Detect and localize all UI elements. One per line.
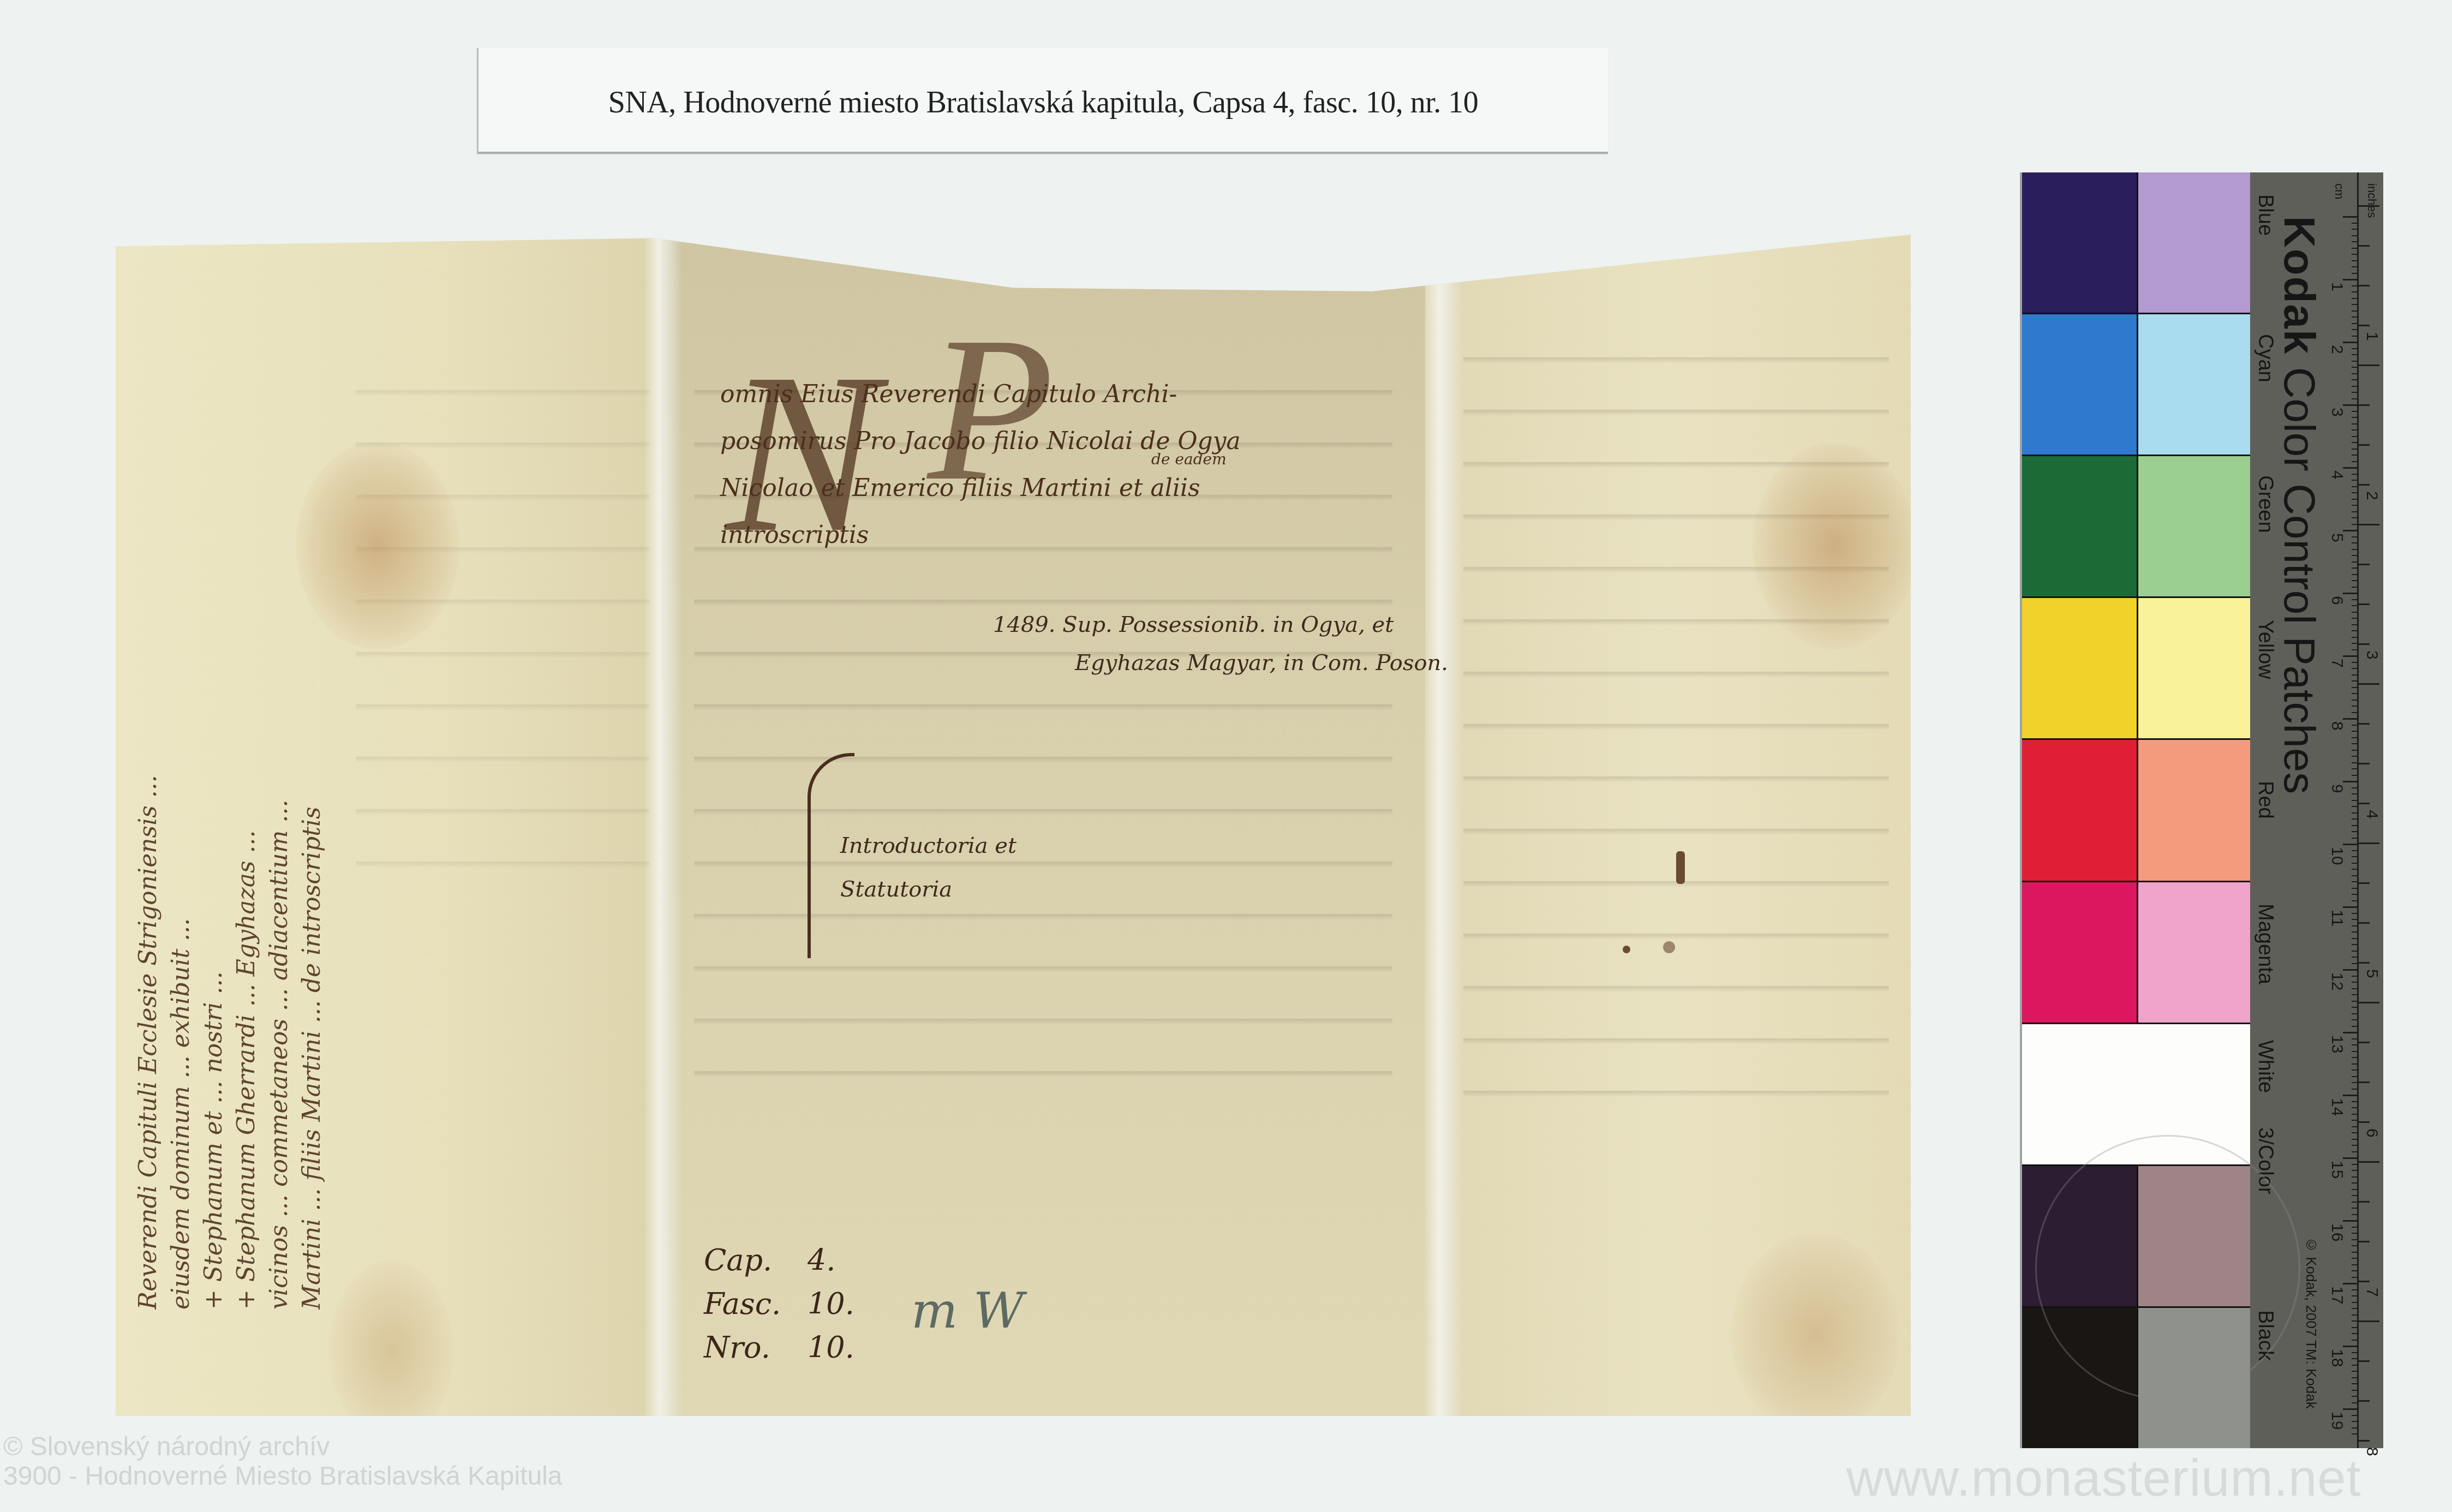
ruler-tick — [2352, 1390, 2358, 1391]
patch-label-black: Black — [2253, 1310, 2277, 1361]
ruler-inch-tick — [2358, 524, 2379, 525]
margin-text-block: Reverendi Capituli Ecclesie Strigoniensi… — [132, 251, 361, 1310]
ruler-tick — [2352, 1195, 2358, 1196]
ruler-tick — [2352, 411, 2358, 412]
fold-crease-left — [644, 235, 682, 1416]
ruler-tick — [2352, 505, 2358, 506]
cm-tick-label: 3 — [2328, 408, 2346, 417]
patch-label-3color: 3/Color — [2253, 1127, 2277, 1194]
ruler-tick — [2352, 260, 2358, 261]
ruler-tick — [2343, 781, 2358, 782]
ruler-inch-tick — [2358, 603, 2370, 605]
ruler-tick — [2352, 1114, 2358, 1115]
ruler-tick — [2352, 900, 2358, 901]
cm-tick-label: 17 — [2328, 1286, 2346, 1304]
ruler-tick — [2352, 273, 2358, 274]
ruler-tick — [2352, 1295, 2358, 1296]
ruler-inch-tick — [2358, 484, 2370, 486]
unit-label-inches: inches — [2365, 183, 2379, 218]
endorsement-line: Introductoria et — [840, 824, 1016, 868]
ruler-tick — [2352, 756, 2358, 757]
ruler-tick — [2352, 875, 2358, 876]
inch-tick-label: 5 — [2363, 969, 2381, 978]
ruler-inch-tick — [2358, 1081, 2370, 1083]
inch-tick-label: 3 — [2363, 650, 2381, 660]
ruler-tick — [2352, 1145, 2358, 1146]
ink-spot — [1676, 851, 1685, 884]
ruler-tick — [2352, 1063, 2358, 1065]
ruler-tick — [2352, 1270, 2358, 1271]
ruler-tick — [2352, 863, 2358, 864]
ruler-tick — [2352, 549, 2358, 550]
interlinear-note: de eadem — [1151, 450, 1227, 468]
ruler-tick — [2352, 1139, 2358, 1140]
ruler-tick — [2352, 951, 2358, 952]
ruler-tick — [2343, 593, 2358, 594]
seal-stain-top-right — [1753, 442, 1911, 649]
ruler-tick — [2352, 1076, 2358, 1077]
ruler-tick — [2352, 1252, 2358, 1253]
ruler-tick — [2352, 731, 2358, 732]
ruler-scale: cm inches 123456789101112131415161718191… — [2327, 172, 2383, 1448]
ruler-tick — [2343, 1220, 2358, 1222]
ruler-tick — [2352, 624, 2358, 625]
ruler-tick — [2352, 680, 2358, 682]
ruler-tick — [2352, 235, 2358, 236]
ruler-tick — [2352, 1069, 2358, 1071]
ruler-tick — [2352, 386, 2358, 387]
ruler-tick — [2352, 486, 2358, 487]
ruler-tick — [2352, 825, 2358, 826]
ruler-tick — [2352, 517, 2358, 518]
ruler-inch-tick — [2358, 962, 2370, 964]
date-note-line: Egyhazas Magyar, in Com. Poson. — [993, 644, 1448, 682]
ruler-tick — [2352, 700, 2358, 701]
date-note-line: 1489. Sup. Possessionib. in Ogya, et — [993, 612, 1394, 637]
margin-text-line: Reverendi Capituli Ecclesie Strigoniensi… — [132, 251, 165, 1310]
ruler-tick — [2352, 812, 2358, 814]
ruler-tick — [2352, 1358, 2358, 1359]
ruler-tick — [2352, 1013, 2358, 1014]
ruler-tick — [2352, 1019, 2358, 1020]
patch-red-dark — [2022, 740, 2137, 880]
ruler-tick — [2352, 1051, 2358, 1052]
ruler-tick — [2352, 637, 2358, 638]
ruler-tick — [2352, 336, 2358, 337]
ruler-tick — [2352, 354, 2358, 355]
ruler-tick — [2352, 612, 2358, 613]
ruler-tick — [2352, 1189, 2358, 1190]
ruler-inch-tick — [2358, 444, 2370, 446]
ruler-tick — [2352, 1396, 2358, 1397]
cm-tick-label: 4 — [2328, 470, 2346, 480]
inch-tick-label: 4 — [2363, 810, 2381, 819]
ruler-tick — [2352, 838, 2358, 839]
ruler-tick — [2343, 1032, 2358, 1033]
ruler-inch-tick — [2358, 803, 2370, 804]
ruler-tick — [2352, 957, 2358, 958]
ruler-tick — [2352, 1227, 2358, 1228]
patch-green-light — [2138, 456, 2253, 596]
shelfmark-value: 4. — [808, 1239, 873, 1282]
cm-tick-label: 13 — [2328, 1035, 2346, 1053]
ruler-tick — [2352, 1383, 2358, 1384]
ruler-inch-tick — [2358, 404, 2370, 406]
ruler-tick — [2352, 455, 2358, 456]
fold-crease-right — [1424, 235, 1462, 1416]
ruler-tick — [2352, 706, 2358, 707]
ruler-tick — [2352, 1007, 2358, 1008]
ruler-tick — [2352, 1182, 2358, 1184]
ruler-inch-tick — [2358, 723, 2370, 725]
ruler-tick — [2352, 1132, 2358, 1133]
ruler-tick — [2343, 844, 2358, 845]
ruler-tick — [2352, 567, 2358, 569]
cm-tick-label: 16 — [2328, 1223, 2346, 1241]
ruler-tick — [2352, 743, 2358, 744]
ruler-tick — [2352, 712, 2358, 713]
pencil-monogram: m W — [911, 1282, 1024, 1340]
ruler-tick — [2352, 1026, 2358, 1027]
endorsement-line: Statutoria — [840, 868, 1016, 911]
margin-text-line: Martini ... filiis Martini ... de intros… — [296, 251, 328, 1310]
ruler-tick — [2352, 775, 2358, 776]
ruler-tick — [2352, 806, 2358, 807]
ruler-tick — [2352, 1044, 2358, 1045]
ruler-center-line — [2357, 172, 2359, 1448]
ruler-tick — [2352, 1277, 2358, 1278]
ruler-inch-tick — [2358, 1360, 2370, 1362]
ruler-tick — [2352, 919, 2358, 920]
inch-tick-label: 7 — [2363, 1288, 2381, 1297]
ruler-tick — [2352, 869, 2358, 870]
patch-label-magenta: Magenta — [2253, 904, 2277, 984]
ruler-tick — [2352, 1038, 2358, 1039]
ruler-tick — [2352, 304, 2358, 305]
ruler-tick — [2352, 316, 2358, 318]
ruler-tick — [2352, 994, 2358, 995]
kodak-title: Kodak Color Control Patches — [2277, 216, 2321, 794]
cm-tick-label: 6 — [2328, 596, 2346, 605]
ruler-tick — [2352, 492, 2358, 493]
archive-reference-label: SNA, Hodnoverné miesto Bratislavská kapi… — [477, 48, 1608, 154]
margin-text-line: vicinos ... commetaneos ... adiacentium … — [263, 251, 296, 1310]
ruler-tick — [2343, 655, 2358, 657]
ruler-inch-tick — [2358, 1241, 2370, 1242]
ruler-tick — [2352, 1264, 2358, 1265]
ruler-tick — [2352, 574, 2358, 575]
ruler-tick — [2352, 988, 2358, 989]
patch-yellow-dark — [2022, 598, 2137, 738]
patch-label-yellow: Yellow — [2253, 620, 2277, 679]
ruler-tick — [2352, 1089, 2358, 1090]
ruler-tick — [2352, 1258, 2358, 1259]
ruler-inch-tick — [2358, 1161, 2379, 1163]
shelfmark-label: Nro. — [704, 1326, 786, 1370]
ruler-tick — [2352, 888, 2358, 889]
inch-tick-label: 6 — [2363, 1128, 2381, 1138]
ink-spot — [1663, 941, 1675, 953]
patch-black-light — [2138, 1308, 2253, 1448]
patch-white — [2022, 1024, 2252, 1164]
ruler-inch-tick — [2358, 882, 2370, 884]
ruler-tick — [2352, 323, 2358, 324]
ruler-tick — [2352, 1333, 2358, 1334]
margin-text-line: + Stephanum Gherrardi ... Egyhazas ... — [230, 251, 263, 1310]
address-line: Nicolao et Emerico filiis Martini et ali… — [720, 465, 1320, 512]
ruler-tick — [2352, 1214, 2358, 1215]
ruler-tick — [2352, 1427, 2358, 1429]
cm-tick-label: 18 — [2328, 1349, 2346, 1367]
ruler-inch-tick — [2358, 1281, 2370, 1282]
ruler-tick — [2352, 693, 2358, 694]
ruler-inch-tick — [2358, 922, 2370, 924]
cm-tick-label: 2 — [2328, 345, 2346, 354]
ink-spot — [1623, 946, 1630, 953]
ruler-tick — [2352, 1314, 2358, 1316]
cm-tick-label: 14 — [2328, 1098, 2346, 1116]
ruler-tick — [2343, 718, 2358, 720]
ruler-inch-tick — [2358, 1440, 2370, 1442]
archive-copyright-watermark: © Slovenský národný archív 3900 - Hodnov… — [3, 1432, 563, 1491]
kodak-ruler-strip: Blue Cyan Green Yellow Red Magenta White… — [2250, 172, 2383, 1448]
ruler-tick — [2352, 266, 2358, 267]
address-text-block: omnis Eius Reverendi Capitulo Archi- pos… — [720, 371, 1320, 559]
ruler-tick — [2352, 605, 2358, 606]
ruler-tick — [2352, 1176, 2358, 1178]
ruler-inch-tick — [2358, 364, 2379, 366]
ruler-tick — [2352, 737, 2358, 738]
ruler-tick — [2352, 423, 2358, 425]
ruler-tick — [2352, 480, 2358, 481]
ruler-tick — [2352, 298, 2358, 299]
kodak-copyright: © Kodak, 2007 TM: Kodak — [2303, 1236, 2319, 1409]
margin-text-line: eiusdem dominum ... exhibuit ... — [165, 251, 198, 1310]
ruler-inch-tick — [2358, 1042, 2370, 1043]
ruler-tick — [2343, 1283, 2358, 1284]
ruler-inch-tick — [2358, 1320, 2379, 1322]
ruler-tick — [2352, 241, 2358, 242]
ruler-tick — [2352, 856, 2358, 857]
ruler-tick — [2352, 1302, 2358, 1303]
ruler-tick — [2352, 1126, 2358, 1127]
patch-label-red: Red — [2253, 781, 2277, 819]
ruler-tick — [2352, 944, 2358, 945]
endorsement-text: Introductoria et Statutoria — [840, 824, 1016, 911]
ruler-tick — [2352, 442, 2358, 443]
patch-label-green: Green — [2253, 475, 2277, 533]
ruler-tick — [2352, 361, 2358, 362]
ruler-tick — [2352, 429, 2358, 431]
ruler-tick — [2352, 982, 2358, 983]
shelfmark-block: Cap. 4. Fasc. 10. Nro. 10. — [704, 1239, 873, 1370]
ruler-tick — [2352, 1151, 2358, 1152]
ruler-inch-tick — [2358, 564, 2370, 565]
color-patches-grid — [2020, 172, 2252, 1448]
ruler-tick — [2352, 587, 2358, 588]
ruler-tick — [2352, 398, 2358, 399]
ruler-tick — [2352, 461, 2358, 462]
ruler-tick — [2352, 1120, 2358, 1121]
inch-tick-label: 8 — [2363, 1447, 2381, 1456]
watermark-line: 3900 - Hodnoverné Miesto Bratislavská Ka… — [3, 1462, 563, 1491]
ruler-tick — [2352, 1208, 2358, 1209]
cm-tick-label: 19 — [2328, 1412, 2346, 1430]
ruler-tick — [2352, 1308, 2358, 1309]
ruler-tick — [2352, 938, 2358, 939]
ruler-tick — [2352, 555, 2358, 556]
ruler-tick — [2343, 216, 2358, 218]
ruler-inch-tick — [2358, 285, 2370, 286]
ruler-tick — [2343, 1346, 2358, 1347]
ruler-tick — [2352, 976, 2358, 977]
shelfmark-value: 10. — [808, 1282, 873, 1326]
ruler-tick — [2352, 1365, 2358, 1366]
cm-tick-label: 9 — [2328, 784, 2346, 793]
ruler-tick — [2352, 499, 2358, 500]
ruler-tick — [2343, 906, 2358, 908]
ruler-tick — [2352, 1421, 2358, 1422]
patch-black-dark — [2022, 1308, 2137, 1448]
patch-blue-light — [2138, 172, 2253, 313]
ruler-tick — [2343, 342, 2358, 343]
kodak-brand-logo: Kodak — [2275, 216, 2324, 355]
ruler-tick — [2343, 467, 2358, 469]
patch-green-dark — [2022, 456, 2137, 596]
ruler-tick — [2352, 618, 2358, 619]
watermark-line: © Slovenský národný archív — [3, 1432, 563, 1462]
ruler-inch-tick — [2358, 245, 2370, 247]
ruler-tick — [2352, 818, 2358, 820]
ruler-tick — [2343, 1408, 2358, 1410]
ruler-tick — [2352, 1340, 2358, 1341]
patch-3color-dark — [2022, 1166, 2137, 1306]
date-note-1489: 1489. Sup. Possessionib. in Ogya, et Egy… — [993, 606, 1448, 682]
ruler-inch-tick — [2358, 205, 2379, 207]
ruler-tick — [2352, 787, 2358, 788]
ruler-tick — [2352, 1245, 2358, 1246]
ruler-tick — [2352, 474, 2358, 475]
address-line: omnis Eius Reverendi Capitulo Archi- — [720, 371, 1320, 418]
cm-tick-label: 7 — [2328, 659, 2346, 668]
ruler-tick — [2352, 392, 2358, 393]
ruler-inch-tick — [2358, 1201, 2370, 1203]
ruler-tick — [2352, 1377, 2358, 1378]
ruler-tick — [2352, 1107, 2358, 1108]
archive-reference-text: SNA, Hodnoverné miesto Bratislavská kapi… — [479, 85, 1608, 120]
inch-tick-label: 1 — [2363, 332, 2381, 341]
patch-cyan-dark — [2022, 314, 2137, 455]
ruler-inch-tick — [2358, 1400, 2370, 1402]
ruler-tick — [2352, 254, 2358, 255]
ruler-tick — [2352, 1289, 2358, 1290]
patch-cyan-light — [2138, 314, 2253, 455]
ruler-inch-tick — [2358, 643, 2370, 645]
ruler-inch-tick — [2358, 1002, 2379, 1003]
shelfmark-label: Cap. — [704, 1239, 786, 1282]
ruler-tick — [2352, 248, 2358, 249]
cm-tick-label: 8 — [2328, 721, 2346, 731]
ruler-tick — [2352, 687, 2358, 688]
ruler-tick — [2352, 229, 2358, 230]
ruler-tick — [2352, 436, 2358, 437]
ruler-tick — [2352, 630, 2358, 631]
ruler-tick — [2352, 599, 2358, 600]
margin-text-line: + Stephanum et ... nostri ... — [198, 251, 230, 1310]
ruler-tick — [2352, 913, 2358, 914]
ruler-tick — [2343, 1095, 2358, 1096]
ruler-tick — [2343, 530, 2358, 531]
ruler-tick — [2352, 291, 2358, 292]
ruler-tick — [2352, 449, 2358, 450]
ruler-tick — [2352, 329, 2358, 330]
bleed-through-text-right — [1463, 311, 1889, 1129]
ruler-tick — [2352, 1170, 2358, 1171]
shelfmark-label: Fasc. — [704, 1282, 786, 1326]
ruler-tick — [2352, 417, 2358, 418]
ruler-tick — [2352, 310, 2358, 312]
inch-tick-label: 2 — [2363, 491, 2381, 500]
ruler-tick — [2352, 831, 2358, 832]
kodak-title-text: Color Control Patches — [2275, 367, 2324, 794]
ruler-inch-tick — [2358, 325, 2370, 326]
ruler-tick — [2352, 580, 2358, 581]
cm-tick-label: 12 — [2328, 972, 2346, 990]
ruler-tick — [2352, 662, 2358, 663]
ruler-tick — [2343, 404, 2358, 406]
patch-red-light — [2138, 740, 2253, 880]
ruler-tick — [2352, 1057, 2358, 1058]
patch-magenta-light — [2138, 882, 2253, 1023]
cm-tick-label: 1 — [2328, 282, 2346, 291]
kodak-color-control-card: Blue Cyan Green Yellow Red Magenta White… — [2020, 172, 2383, 1448]
address-line: introscriptis — [720, 512, 1320, 559]
ruler-tick — [2352, 1233, 2358, 1234]
patch-yellow-light — [2138, 598, 2253, 738]
ruler-tick — [2343, 1157, 2358, 1159]
cm-tick-label: 15 — [2328, 1161, 2346, 1179]
unit-label-cm: cm — [2332, 183, 2346, 199]
ruler-inch-tick — [2358, 763, 2370, 764]
ruler-inch-tick — [2358, 842, 2379, 844]
monasterium-watermark: www.monasterium.net — [1846, 1449, 2361, 1508]
ruler-tick — [2352, 768, 2358, 769]
patch-blue-dark — [2022, 172, 2137, 313]
ruler-inch-tick — [2358, 683, 2379, 685]
address-line: posomirus Pro Jacobo filio Nicolai de Og… — [720, 418, 1320, 465]
ruler-tick — [2352, 1164, 2358, 1165]
ruler-tick — [2352, 1371, 2358, 1372]
ruler-tick — [2352, 1101, 2358, 1102]
ruler-tick — [2352, 931, 2358, 933]
ruler-tick — [2352, 668, 2358, 669]
ruler-tick — [2352, 1402, 2358, 1403]
ruler-tick — [2352, 750, 2358, 751]
patch-3color-light — [2138, 1166, 2253, 1306]
ruler-tick — [2352, 649, 2358, 650]
ruler-tick — [2352, 511, 2358, 512]
ruler-tick — [2352, 367, 2358, 368]
ruler-tick — [2352, 561, 2358, 563]
ruler-tick — [2352, 793, 2358, 794]
ruler-tick — [2352, 850, 2358, 851]
ruler-tick — [2352, 223, 2358, 224]
ruler-tick — [2352, 1415, 2358, 1416]
patch-magenta-dark — [2022, 882, 2137, 1023]
ruler-tick — [2352, 1352, 2358, 1353]
ruler-tick — [2352, 674, 2358, 676]
patch-label-blue: Blue — [2253, 194, 2277, 236]
